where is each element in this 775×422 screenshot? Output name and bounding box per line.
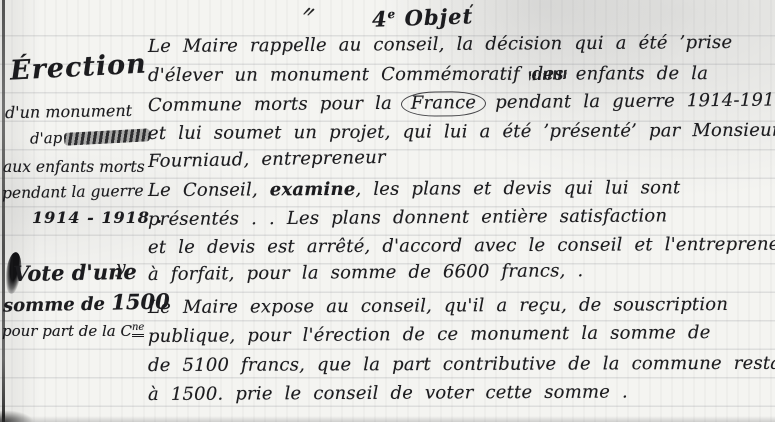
manuscript-line: Commune morts pour la France pendant la … [148, 88, 775, 119]
line-text: et lui soumet un projet, qui lui a été ’… [148, 120, 775, 144]
scan-bottom-edge [0, 416, 775, 422]
page-binding-edge [2, 0, 5, 422]
line-text: d'élever un monument Commémoratif [148, 64, 532, 86]
margin-note-scrawled: d'ap [30, 126, 151, 147]
scribbled-word [64, 128, 151, 145]
margin-note: d'un monument [5, 101, 132, 122]
line-text: , les plans et devis qui lui sont [355, 177, 680, 200]
commune-superscript: ne [132, 322, 144, 337]
manuscript-line: Fourniaud, entrepreneur [148, 147, 386, 172]
circled-word: France [401, 91, 487, 117]
margin-note: pendant la guerre [2, 182, 144, 202]
manuscript-line: Le Maire expose au conseil, qu'il a reçu… [148, 294, 728, 318]
manuscript-line: à 1500. prie le conseil de voter cette s… [148, 381, 628, 405]
reference-mark: y [116, 258, 126, 278]
margin-note-amount: somme de 1500 [3, 289, 170, 317]
section-number: 4 [372, 6, 388, 32]
manuscript-line: publique, pour l'érection de ce monument… [148, 322, 711, 347]
line-text: Le Conseil, [148, 179, 270, 201]
line-text: présentés . . Les plans donnent entière … [148, 205, 667, 230]
manuscript-line: Le Maire rappelle au conseil, la décisio… [148, 32, 732, 57]
line-text: à 1500. prie le conseil de voter cette s… [148, 381, 628, 405]
manuscript-line: et le devis est arrêté, d'accord avec le… [148, 234, 775, 258]
emphasized-word: examine [270, 179, 356, 200]
line-text: Fourniaud, entrepreneur [148, 147, 386, 172]
line-text: Le Maire expose au conseil, qu'il a reçu… [148, 294, 728, 318]
line-text: et le devis est arrêté, d'accord avec le… [148, 234, 775, 258]
margin-note-title: Érection [9, 48, 147, 86]
commune-prefix: pour part de la C [2, 322, 132, 340]
manuscript-line: à forfait, pour la somme de 6600 francs,… [148, 260, 584, 285]
manuscript-page: 〃 ʹ 4e Objet Érection d'un monument d'ap… [0, 0, 775, 422]
section-word: Objet [404, 3, 473, 30]
scrawl-prefix: d'ap [30, 129, 63, 148]
amount-prefix: somme de [3, 294, 112, 317]
line-text: pendant la guerre 1914-1918 [483, 89, 775, 113]
manuscript-line: Le Conseil, examine, les plans et devis … [148, 177, 681, 201]
section-number-suffix: e [387, 7, 396, 21]
line-text: enfants de la [564, 63, 708, 85]
pen-tick-mark: 〃 [298, 0, 317, 23]
margin-note-years: 1914 - 1918 . [32, 208, 163, 227]
line-text: Le Maire rappelle au conseil, la décisio… [148, 32, 732, 57]
line-text: à forfait, pour la somme de 6600 francs,… [148, 260, 584, 285]
manuscript-line: de 5100 francs, que la part contributive… [148, 353, 775, 376]
line-text: Commune morts pour la [148, 93, 404, 116]
margin-note: aux enfants morts [3, 158, 145, 176]
section-heading: 4e Objet [372, 3, 474, 32]
manuscript-line: d'élever un monument Commémoratif des en… [148, 63, 708, 86]
overwritten-word: des [532, 64, 564, 85]
manuscript-line: présentés . . Les plans donnent entière … [148, 205, 667, 230]
margin-note-commune: pour part de la Cne [2, 322, 144, 340]
line-text: de 5100 francs, que la part contributive… [148, 353, 775, 376]
line-text: publique, pour l'érection de ce monument… [148, 322, 711, 347]
manuscript-line: et lui soumet un projet, qui lui a été ’… [148, 120, 775, 144]
